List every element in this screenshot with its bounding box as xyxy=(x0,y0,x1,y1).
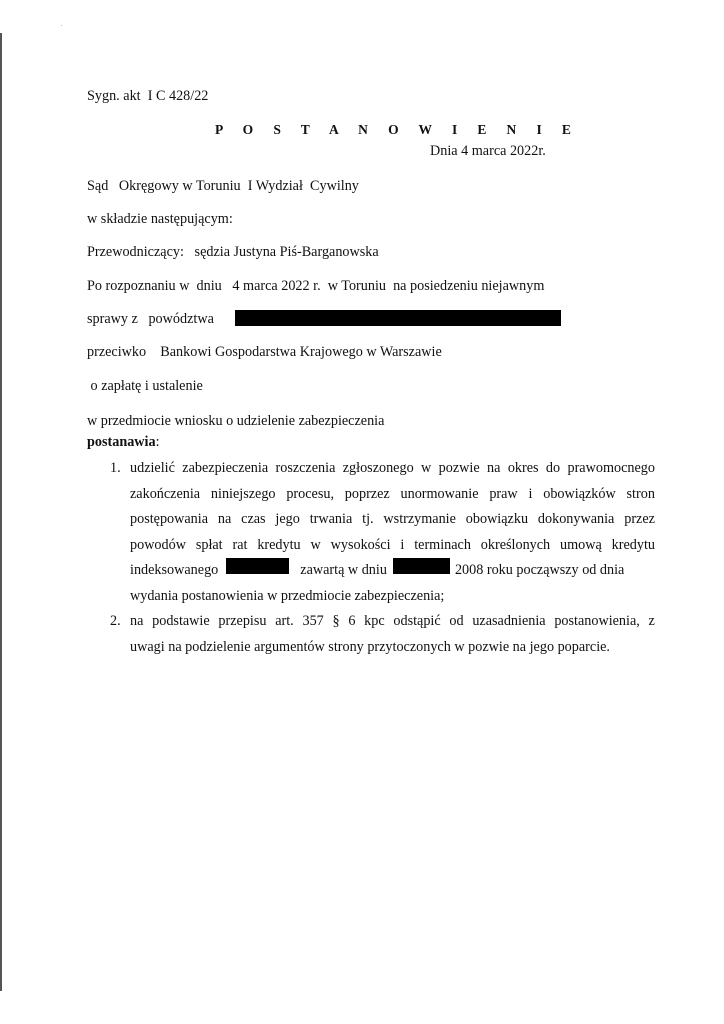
word: procesu, xyxy=(286,482,334,508)
word: wysokości xyxy=(331,533,391,559)
word: umową xyxy=(560,533,602,559)
word: jego xyxy=(275,507,299,533)
word: zabezpieczenia xyxy=(182,456,268,482)
case-signature: Sygn. akt I C 428/22 xyxy=(87,87,208,105)
word: pozwie xyxy=(439,456,480,482)
word: kredytu xyxy=(612,533,655,559)
decision-colon: : xyxy=(156,434,160,450)
word: niniejszego xyxy=(211,482,276,508)
word: czas xyxy=(241,507,265,533)
word: § xyxy=(332,609,339,635)
word: terminach xyxy=(414,533,471,559)
item-line: powodówspłatratkredytuwwysokościitermina… xyxy=(130,533,655,559)
word: unormowanie xyxy=(401,482,479,508)
loan-party-redaction xyxy=(226,558,289,574)
word: trwania xyxy=(310,507,353,533)
word: na xyxy=(130,609,143,635)
word: na xyxy=(218,507,231,533)
word: wstrzymanie xyxy=(383,507,456,533)
word: uzasadnienia xyxy=(472,609,545,635)
word: postanowienia, xyxy=(554,609,640,635)
word: w xyxy=(311,533,321,559)
subject-line: o zapłatę i ustalenie xyxy=(87,377,203,395)
word: zgłoszonego xyxy=(343,456,414,482)
motion-line: w przedmiocie wniosku o udzielenie zabez… xyxy=(87,412,384,430)
item-line: wydania postanowienia w przedmiocie zabe… xyxy=(130,584,655,610)
scan-speck xyxy=(61,25,62,26)
decision-heading: postanawia: xyxy=(87,433,160,451)
word: odstąpić xyxy=(393,609,440,635)
item-body: napodstawieprzepisuart.357§6kpcodstąpićo… xyxy=(130,609,655,660)
word: art. xyxy=(275,609,294,635)
word: rat xyxy=(232,533,247,559)
plaintiff-redaction xyxy=(235,310,561,326)
word: w xyxy=(421,456,431,482)
item-line: udzielićzabezpieczeniaroszczeniazgłoszon… xyxy=(130,456,655,482)
word: spłat xyxy=(196,533,223,559)
item-line-with-redactions: indeksowanego zawartą w dniu 2008 roku p… xyxy=(130,558,655,584)
word: postępowania xyxy=(130,507,208,533)
date-line: Dnia 4 marca 2022r. xyxy=(430,142,546,160)
word: okres xyxy=(508,456,539,482)
word: 6 xyxy=(348,609,355,635)
item-number: 1. xyxy=(110,456,121,482)
word: udzielić xyxy=(130,456,175,482)
item-line: zakończenianiniejszegoprocesu,poprzezuno… xyxy=(130,482,655,508)
item-line: postępowanianaczasjegotrwaniatj.wstrzyma… xyxy=(130,507,655,533)
word: roszczenia xyxy=(276,456,336,482)
item-line: uwagi na podzielenie argumentów strony p… xyxy=(130,635,655,661)
document-title: P O S T A N O W I E N I E xyxy=(215,122,579,138)
word: i xyxy=(528,482,532,508)
word: poprzez xyxy=(345,482,390,508)
item-line: napodstawieprzepisuart.357§6kpcodstąpićo… xyxy=(130,609,655,635)
plaintiff-label: sprawy z powództwa xyxy=(87,310,214,328)
court-name: Sąd Okręgowy w Toruniu I Wydział Cywilny xyxy=(87,177,359,195)
word: obowiązków xyxy=(543,482,616,508)
word: i xyxy=(400,533,404,559)
word: kredytu xyxy=(257,533,300,559)
word: kpc xyxy=(364,609,385,635)
decision-word: postanawia xyxy=(87,434,156,450)
page-edge-rule xyxy=(0,33,2,991)
word: od xyxy=(449,609,463,635)
word: praw xyxy=(489,482,517,508)
word: podstawie xyxy=(152,609,210,635)
word: stron xyxy=(627,482,655,508)
word: przepisu xyxy=(218,609,266,635)
word: prawomocnego xyxy=(567,456,654,482)
word: przez xyxy=(624,507,655,533)
contract-date-redaction xyxy=(393,558,450,574)
word: dokonywania xyxy=(538,507,614,533)
word: określonych xyxy=(481,533,550,559)
presiding-judge: Przewodniczący: sędzia Justyna Piś-Barga… xyxy=(87,243,379,261)
word: powodów xyxy=(130,533,186,559)
word: tj. xyxy=(362,507,373,533)
item-number: 2. xyxy=(110,609,121,635)
word: obowiązku xyxy=(466,507,528,533)
word: na xyxy=(487,456,500,482)
word: z xyxy=(649,609,655,635)
word: 357 xyxy=(302,609,323,635)
item-body: udzielićzabezpieczeniaroszczeniazgłoszon… xyxy=(130,456,655,609)
word: zakończenia xyxy=(130,482,200,508)
word: do xyxy=(546,456,560,482)
defendant-line: przeciwko Bankowi Gospodarstwa Krajowego… xyxy=(87,343,442,361)
composition-intro: w składzie następującym: xyxy=(87,210,233,228)
hearing-line: Po rozpoznaniu w dniu 4 marca 2022 r. w … xyxy=(87,277,544,295)
